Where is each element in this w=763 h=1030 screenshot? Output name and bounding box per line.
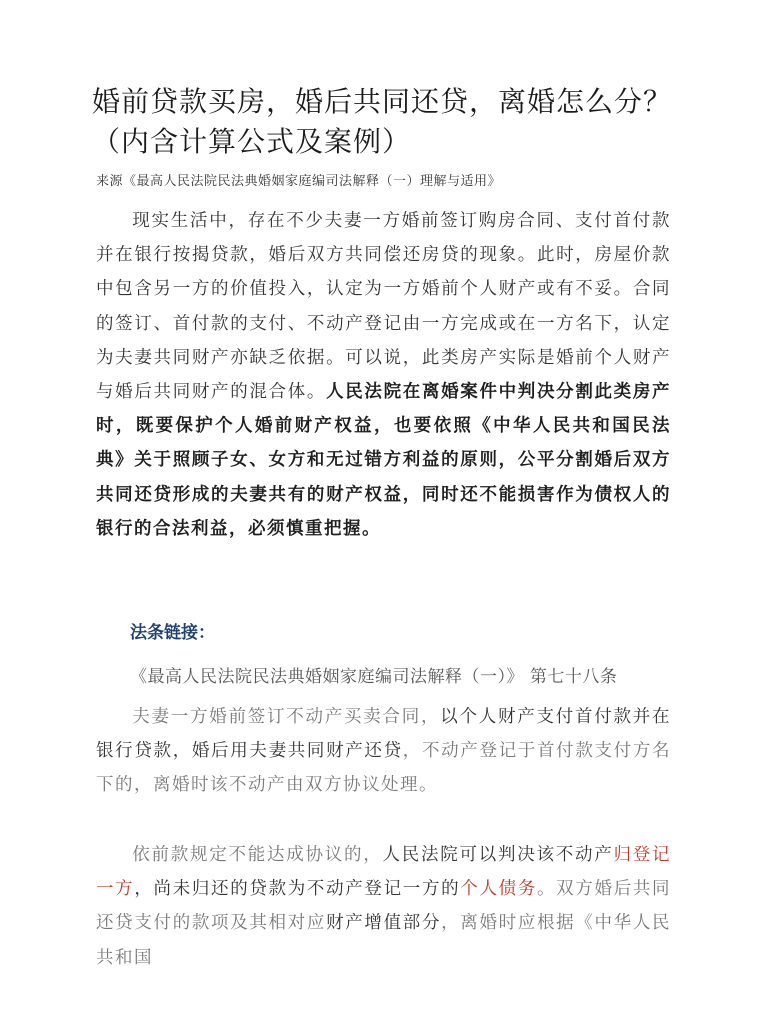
- highlight-span: 个人债务: [460, 879, 537, 899]
- intro-bold-text: 人民法院在离婚案件中判决分割此类房产时，既要保护个人婚前财产权益，也要依照《中华…: [96, 382, 671, 539]
- law-link-heading: 法条链接：: [130, 618, 215, 643]
- intro-text: 现实生活中，存在不少夫妻一方婚前签订购房合同、支付首付款并在银行按揭贷款，婚后双…: [96, 211, 671, 402]
- source-citation: 来源《最高人民法院民法典婚姻家庭编司法解释（一）理解与适用》: [96, 170, 501, 189]
- paragraph-article-78-1: 夫妻一方婚前签订不动产买卖合同，以个人财产支付首付款并在银行贷款，婚后用夫妻共同…: [96, 700, 671, 803]
- text-span: 人民法院可以判决该不动产: [383, 845, 614, 865]
- document-page: 婚前贷款买房，婚后共同还贷，离婚怎么分？ （内含计算公式及案例） 来源《最高人民…: [0, 0, 763, 1030]
- emphasis-span: 夫妻共同财产还贷: [249, 741, 402, 761]
- emphasis-span: 财产增值部分: [326, 913, 441, 933]
- text-span: ，尚未归还的贷款为不动产登记一方的: [134, 879, 460, 899]
- article-title: 婚前贷款买房，婚后共同还贷，离婚怎么分？ （内含计算公式及案例）: [92, 82, 692, 162]
- text-span: 夫妻一方婚前签订不动产买卖合同，: [132, 707, 440, 727]
- text-span: 依前款规定不能达成协议的，: [132, 845, 383, 865]
- title-line-2: （内含计算公式及案例）: [92, 122, 692, 162]
- law-reference: 《最高人民法院民法典婚姻家庭编司法解释（一）》 第七十八条: [130, 662, 617, 687]
- paragraph-intro: 现实生活中，存在不少夫妻一方婚前签订购房合同、支付首付款并在银行按揭贷款，婚后双…: [96, 204, 671, 546]
- paragraph-article-78-2: 依前款规定不能达成协议的，人民法院可以判决该不动产归登记一方，尚未归还的贷款为不…: [96, 838, 671, 975]
- title-line-1: 婚前贷款买房，婚后共同还贷，离婚怎么分？: [92, 82, 692, 122]
